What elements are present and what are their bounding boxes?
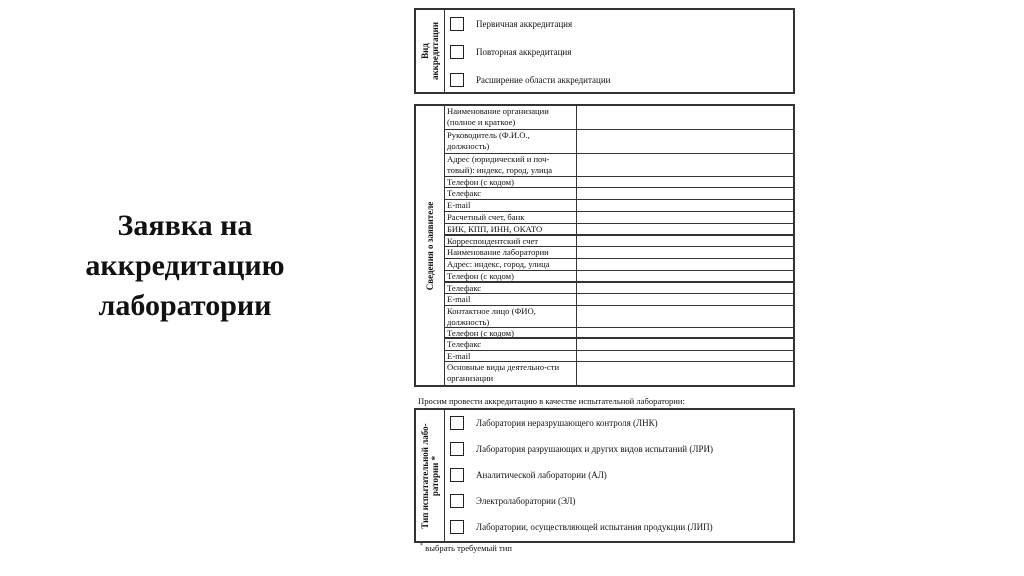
row-value-field[interactable] — [577, 130, 793, 153]
table-row: Адрес (юридический и поч-товый): индекс,… — [445, 154, 793, 177]
row-value-field[interactable] — [577, 271, 793, 281]
row-label: Расчетный счет, банк — [445, 212, 577, 223]
applicant-info-table: Сведения о заявителе Наименование органи… — [414, 104, 795, 387]
table-row: E-mail — [445, 294, 793, 306]
row-label: Наименование лаборатории — [445, 247, 577, 258]
row-value-field[interactable] — [577, 200, 793, 211]
table-row: Телефакс — [445, 283, 793, 294]
footnote: * выбрать требуемый тип — [420, 543, 512, 553]
table-row: Телефон (с кодом) — [445, 328, 793, 339]
option-lnk[interactable]: Лаборатория неразрушающего контроля (ЛНК… — [450, 415, 658, 431]
row-value-field[interactable] — [577, 236, 793, 246]
row-value-field[interactable] — [577, 362, 793, 386]
table-row: Телефон (с кодом) — [445, 271, 793, 283]
row-label: Адрес (юридический и поч-товый): индекс,… — [445, 154, 577, 176]
table-row: Контактное лицо (ФИО, должность) — [445, 306, 793, 328]
option-label: Первичная аккредитация — [476, 19, 572, 29]
row-label: Телефакс — [445, 339, 577, 350]
slide-title: Заявка на аккредитацию лаборатории — [40, 206, 330, 326]
row-label: Руководитель (Ф.И.О., должность) — [445, 130, 577, 153]
accreditation-type-side-label: Видаккредитации — [416, 10, 445, 92]
option-label: Лаборатории, осуществляющей испытания пр… — [476, 522, 713, 532]
request-text: Просим провести аккредитацию в качестве … — [418, 396, 685, 406]
row-value-field[interactable] — [577, 351, 793, 361]
table-row: Наименование лаборатории — [445, 247, 793, 259]
checkbox[interactable] — [450, 520, 464, 534]
table-row: Телефакс — [445, 339, 793, 351]
table-row: Телефакс — [445, 188, 793, 200]
row-label: Телефон (с кодом) — [445, 271, 577, 281]
option-primary-accreditation[interactable]: Первичная аккредитация — [450, 16, 572, 32]
title-line: лаборатории — [40, 286, 330, 326]
row-value-field[interactable] — [577, 294, 793, 305]
row-label: Телефакс — [445, 283, 577, 293]
table-row: Расчетный счет, банк — [445, 212, 793, 224]
option-lri[interactable]: Лаборатория разрушающих и других видов и… — [450, 441, 713, 457]
row-value-field[interactable] — [577, 283, 793, 293]
table-row: Корреспондентский счет — [445, 236, 793, 247]
footnote-marker: * — [420, 543, 423, 549]
row-label: Адрес: индекс, город, улица — [445, 259, 577, 270]
row-label: Корреспондентский счет — [445, 236, 577, 246]
option-label: Расширение области аккредитации — [476, 75, 610, 85]
table-row: Основные виды деятельно-сти организации — [445, 362, 793, 386]
checkbox[interactable] — [450, 494, 464, 508]
option-el[interactable]: Электролаборатории (ЭЛ) — [450, 493, 575, 509]
row-value-field[interactable] — [577, 106, 793, 129]
option-al[interactable]: Аналитической лаборатории (АЛ) — [450, 467, 607, 483]
lab-type-side-label: Тип испытательной лабо-ратории * — [416, 410, 445, 541]
row-label: E-mail — [445, 351, 577, 361]
table-row: Адрес: индекс, город, улица — [445, 259, 793, 271]
title-line: аккредитацию — [40, 246, 330, 286]
row-value-field[interactable] — [577, 306, 793, 327]
lab-type-table: Тип испытательной лабо-ратории * Лаборат… — [414, 408, 795, 543]
row-label: Телефон (с кодом) — [445, 177, 577, 187]
checkbox[interactable] — [450, 416, 464, 430]
row-label: БИК, КПП, ИНН, ОКАТО — [445, 224, 577, 234]
option-repeat-accreditation[interactable]: Повторная аккредитация — [450, 44, 571, 60]
option-label: Аналитической лаборатории (АЛ) — [476, 470, 607, 480]
option-scope-extension[interactable]: Расширение области аккредитации — [450, 72, 610, 88]
checkbox[interactable] — [450, 45, 464, 59]
row-label: Телефон (с кодом) — [445, 328, 577, 337]
table-row: БИК, КПП, ИНН, ОКАТО — [445, 224, 793, 236]
table-row: E-mail — [445, 351, 793, 362]
row-value-field[interactable] — [577, 224, 793, 234]
accreditation-type-table: Видаккредитации Первичная аккредитация П… — [414, 8, 795, 94]
row-value-field[interactable] — [577, 177, 793, 187]
footnote-text: выбрать требуемый тип — [425, 543, 512, 553]
row-value-field[interactable] — [577, 339, 793, 350]
table-row: E-mail — [445, 200, 793, 212]
row-label: Контактное лицо (ФИО, должность) — [445, 306, 577, 327]
row-label: Наименование организации (полное и кратк… — [445, 106, 577, 129]
checkbox[interactable] — [450, 442, 464, 456]
applicant-info-side-label: Сведения о заявителе — [416, 106, 445, 385]
option-label: Электролаборатории (ЭЛ) — [476, 496, 575, 506]
row-value-field[interactable] — [577, 154, 793, 176]
row-label: Телефакс — [445, 188, 577, 199]
title-line: Заявка на — [40, 206, 330, 246]
row-value-field[interactable] — [577, 259, 793, 270]
option-label: Повторная аккредитация — [476, 47, 571, 57]
option-label: Лаборатория неразрушающего контроля (ЛНК… — [476, 418, 658, 428]
row-value-field[interactable] — [577, 247, 793, 258]
table-row: Руководитель (Ф.И.О., должность) — [445, 130, 793, 154]
option-lip[interactable]: Лаборатории, осуществляющей испытания пр… — [450, 519, 713, 535]
row-value-field[interactable] — [577, 212, 793, 223]
row-value-field[interactable] — [577, 188, 793, 199]
row-value-field[interactable] — [577, 328, 793, 337]
row-label: E-mail — [445, 294, 577, 305]
row-label: E-mail — [445, 200, 577, 211]
option-label: Лаборатория разрушающих и других видов и… — [476, 444, 713, 454]
table-row: Наименование организации (полное и кратк… — [445, 106, 793, 130]
checkbox[interactable] — [450, 73, 464, 87]
checkbox[interactable] — [450, 17, 464, 31]
checkbox[interactable] — [450, 468, 464, 482]
row-label: Основные виды деятельно-сти организации — [445, 362, 577, 386]
table-row: Телефон (с кодом) — [445, 177, 793, 188]
applicant-info-rows: Наименование организации (полное и кратк… — [445, 106, 793, 385]
